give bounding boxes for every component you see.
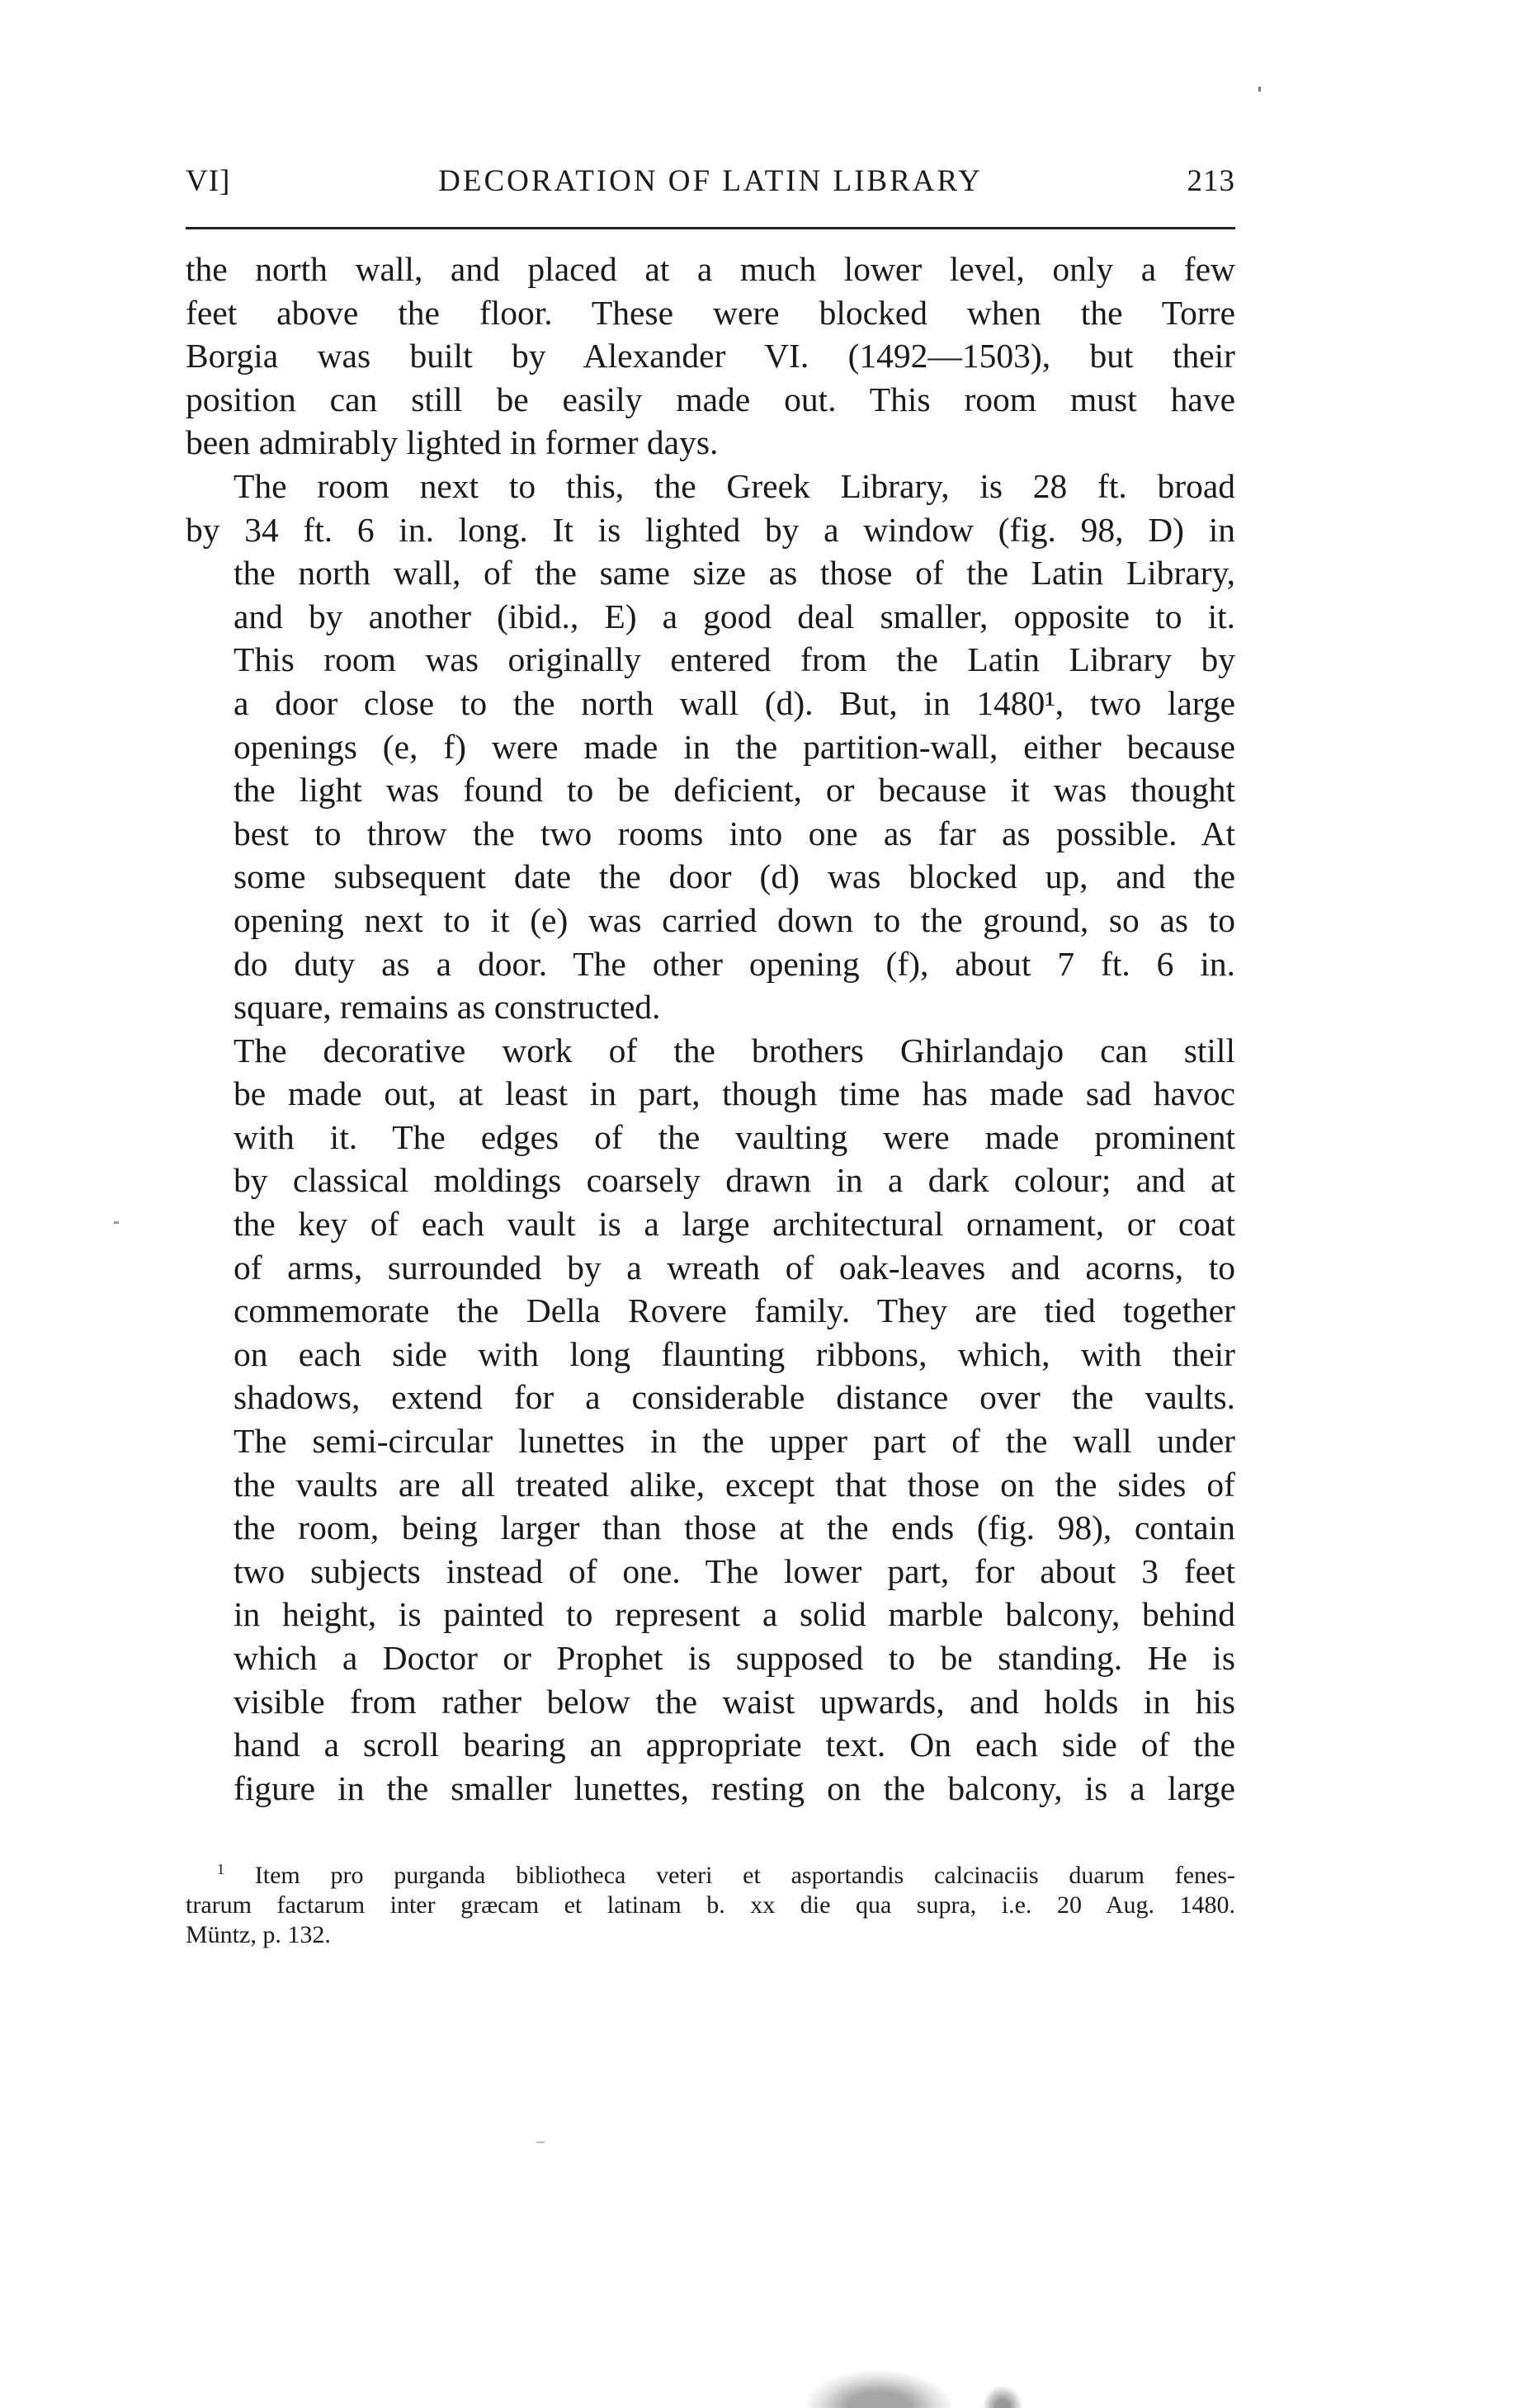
text-line: by classical moldings coarsely drawn in … bbox=[186, 1159, 1235, 1202]
text-line: the north wall, and placed at a much low… bbox=[186, 248, 1235, 291]
text-line: the room, being larger than those at the… bbox=[186, 1506, 1235, 1550]
footnote-line: 1 Item pro purganda bibliotheca veteri e… bbox=[186, 1861, 1235, 1891]
text-line: square, remains as constructed. bbox=[186, 985, 1235, 1029]
text-line: some subsequent date the door (d) was bl… bbox=[186, 855, 1235, 899]
text-line: The room next to this, the Greek Library… bbox=[186, 465, 1235, 508]
paragraph-3: The decorative work of the brothers Ghir… bbox=[186, 1029, 1235, 1811]
scan-speck bbox=[536, 2141, 545, 2143]
footnote-text: Item pro purganda bibliotheca veteri et … bbox=[255, 1862, 1235, 1889]
text-line: figure in the smaller lunettes, resting … bbox=[186, 1767, 1235, 1811]
text-line: shadows, extend for a considerable dista… bbox=[186, 1376, 1235, 1419]
paragraph-1: the north wall, and placed at a much low… bbox=[186, 248, 1235, 465]
text-line: openings (e, f) were made in the partiti… bbox=[186, 725, 1235, 769]
text-line: do duty as a door. The other opening (f)… bbox=[186, 942, 1235, 986]
running-title: DECORATION OF LATIN LIBRARY bbox=[186, 163, 1235, 199]
text-line: two subjects instead of one. The lower p… bbox=[186, 1550, 1235, 1594]
text-line: by 34 ft. 6 in. long. It is lighted by a… bbox=[186, 508, 1235, 552]
text-line: the north wall, of the same size as thos… bbox=[186, 551, 1235, 595]
text-line: The semi-circular lunettes in the upper … bbox=[186, 1419, 1235, 1463]
text-line: the key of each vault is a large archite… bbox=[186, 1202, 1235, 1246]
text-line: been admirably lighted in former days. bbox=[186, 421, 1235, 465]
running-head: VI] DECORATION OF LATIN LIBRARY 213 bbox=[186, 157, 1235, 206]
paragraph-2: The room next to this, the Greek Library… bbox=[186, 465, 1235, 1029]
text-line: commemorate the Della Rovere family. The… bbox=[186, 1289, 1235, 1333]
text-line: Borgia was built by Alexander VI. (1492—… bbox=[186, 334, 1235, 378]
text-line: be made out, at least in part, though ti… bbox=[186, 1072, 1235, 1116]
text-line: The decorative work of the brothers Ghir… bbox=[186, 1029, 1235, 1073]
text-line: and by another (ibid., E) a good deal sm… bbox=[186, 595, 1235, 639]
footnote-line: trarum factarum inter græcam et latinam … bbox=[186, 1891, 1235, 1920]
page-number: 213 bbox=[1187, 163, 1236, 199]
footnote-marker: 1 bbox=[217, 1861, 224, 1877]
footnote-1: 1 Item pro purganda bibliotheca veteri e… bbox=[186, 1861, 1235, 1950]
scan-speck bbox=[114, 1221, 119, 1224]
text-line: in height, is painted to represent a sol… bbox=[186, 1593, 1235, 1636]
text-line: feet above the floor. These were blocked… bbox=[186, 291, 1235, 335]
text-line: on each side with long flaunting ribbons… bbox=[186, 1333, 1235, 1376]
footnotes: 1 Item pro purganda bibliotheca veteri e… bbox=[186, 1861, 1235, 1950]
text-line: with it. The edges of the vaulting were … bbox=[186, 1116, 1235, 1159]
text-line: opening next to it (e) was carried down … bbox=[186, 899, 1235, 942]
footnote-line: Müntz, p. 132. bbox=[186, 1920, 1235, 1950]
scan-artifact bbox=[982, 2385, 1023, 2408]
body-text: the north wall, and placed at a much low… bbox=[186, 248, 1235, 1810]
text-line-with-footnote-ref: a door close to the north wall (d). But,… bbox=[186, 682, 1235, 725]
text-line: visible from rather below the waist upwa… bbox=[186, 1680, 1235, 1724]
scan-speck bbox=[1258, 87, 1261, 92]
text-line: This room was originally entered from th… bbox=[186, 638, 1235, 682]
text-line: the light was found to be deficient, or … bbox=[186, 768, 1235, 812]
text-line: which a Doctor or Prophet is supposed to… bbox=[186, 1636, 1235, 1680]
header-rule bbox=[186, 227, 1235, 229]
text-line: position can still be easily made out. T… bbox=[186, 378, 1235, 422]
text-line: of arms, surrounded by a wreath of oak-l… bbox=[186, 1246, 1235, 1290]
text-line: hand a scroll bearing an appropriate tex… bbox=[186, 1723, 1235, 1767]
text-line: the vaults are all treated alike, except… bbox=[186, 1463, 1235, 1507]
text-line: best to throw the two rooms into one as … bbox=[186, 812, 1235, 856]
scan-artifact bbox=[805, 2370, 953, 2408]
